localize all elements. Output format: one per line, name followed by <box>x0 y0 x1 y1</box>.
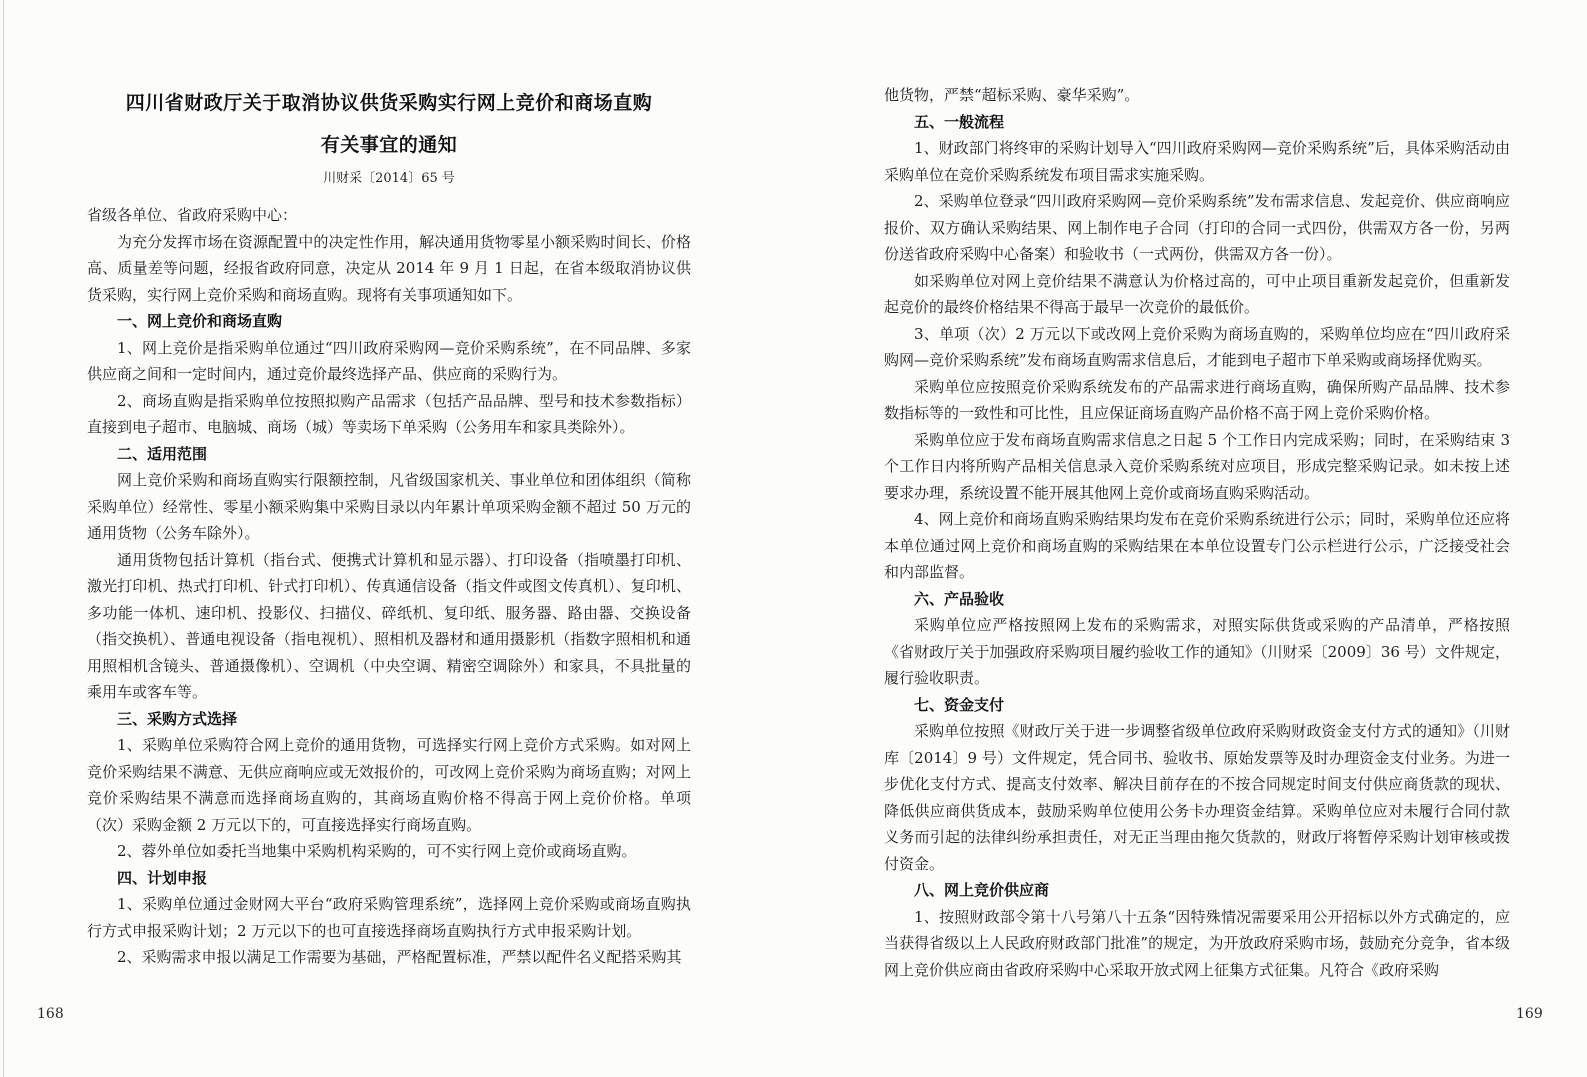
page-number-left: 168 <box>37 1004 64 1024</box>
salutation: 省级各单位、省政府采购中心： <box>87 202 691 229</box>
left-page: 四川省财政厅关于取消协议供货采购实行网上竞价和商场直购 有关事宜的通知 川财采〔… <box>87 82 691 971</box>
document-title: 四川省财政厅关于取消协议供货采购实行网上竞价和商场直购 有关事宜的通知 <box>87 82 691 166</box>
section-heading-1: 一、网上竞价和商场直购 <box>87 308 691 335</box>
paragraph: 1、采购单位采购符合网上竞价的通用货物，可选择实行网上竞价方式采购。如对网上竞价… <box>87 732 691 838</box>
paragraph: 1、采购单位通过金财网大平台“政府采购管理系统”，选择网上竞价采购或商场直购执行… <box>87 891 691 944</box>
section-heading-5: 五、一般流程 <box>884 109 1510 136</box>
document-number: 川财采〔2014〕65 号 <box>87 168 691 190</box>
paragraph: 1、财政部门将终审的采购计划导入“四川政府采购网—竞价采购系统”后，具体采购活动… <box>884 135 1510 188</box>
section-heading-2: 二、适用范围 <box>87 441 691 468</box>
continuation-paragraph: 他货物，严禁“超标采购、豪华采购”。 <box>884 82 1510 109</box>
section-heading-8: 八、网上竞价供应商 <box>884 877 1510 904</box>
section-heading-4: 四、计划申报 <box>87 865 691 892</box>
paragraph: 通用货物包括计算机（指台式、便携式计算机和显示器）、打印设备（指喷墨打印机、激光… <box>87 547 691 706</box>
paragraph: 采购单位应严格按照网上发布的采购需求，对照实际供货或采购的产品清单，严格按照《省… <box>884 612 1510 692</box>
paragraph: 采购单位应按照竞价采购系统发布的产品需求进行商场直购，确保所购产品品牌、技术参数… <box>884 374 1510 427</box>
paragraph: 采购单位按照《财政厅关于进一步调整省级单位政府采购财政资金支付方式的通知》（川财… <box>884 718 1510 877</box>
paragraph: 如采购单位对网上竞价结果不满意认为价格过高的，可中止项目重新发起竞价，但重新发起… <box>884 268 1510 321</box>
paragraph: 1、网上竞价是指采购单位通过“四川政府采购网—竞价采购系统”，在不同品牌、多家供… <box>87 335 691 388</box>
paragraph: 3、单项（次）2 万元以下或改网上竞价采购为商场直购的，采购单位均应在“四川政府… <box>884 321 1510 374</box>
paragraph: 2、蓉外单位如委托当地集中采购机构采购的，可不实行网上竞价或商场直购。 <box>87 838 691 865</box>
paragraph: 4、网上竞价和商场直购采购结果均发布在竞价采购系统进行公示；同时，采购单位还应将… <box>884 506 1510 586</box>
paragraph: 2、商场直购是指采购单位按照拟购产品需求（包括产品品牌、型号和技术参数指标）直接… <box>87 388 691 441</box>
section-heading-6: 六、产品验收 <box>884 586 1510 613</box>
document-title-line-1: 四川省财政厅关于取消协议供货采购实行网上竞价和商场直购 <box>87 82 691 124</box>
paragraph: 1、按照财政部令第十八号第八十五条“因特殊情况需要采用公开招标以外方式确定的，应… <box>884 904 1510 984</box>
right-page: 他货物，严禁“超标采购、豪华采购”。 五、一般流程 1、财政部门将终审的采购计划… <box>884 82 1510 983</box>
paragraph: 网上竞价采购和商场直购实行限额控制，凡省级国家机关、事业单位和团体组织（简称采购… <box>87 467 691 547</box>
page-number-right: 169 <box>1516 1004 1543 1024</box>
section-heading-7: 七、资金支付 <box>884 692 1510 719</box>
paragraph: 2、采购单位登录“四川政府采购网—竞价采购系统”发布需求信息、发起竞价、供应商响… <box>884 188 1510 268</box>
page-edge-line <box>3 0 4 1077</box>
document-title-line-2: 有关事宜的通知 <box>87 124 691 166</box>
paragraph: 为充分发挥市场在资源配置中的决定性作用，解决通用货物零星小额采购时间长、价格高、… <box>87 229 691 309</box>
paragraph: 2、采购需求申报以满足工作需要为基础，严格配置标准，严禁以配件名义配搭采购其 <box>87 944 691 971</box>
section-heading-3: 三、采购方式选择 <box>87 706 691 733</box>
paragraph: 采购单位应于发布商场直购需求信息之日起 5 个工作日内完成采购；同时，在采购结束… <box>884 427 1510 507</box>
